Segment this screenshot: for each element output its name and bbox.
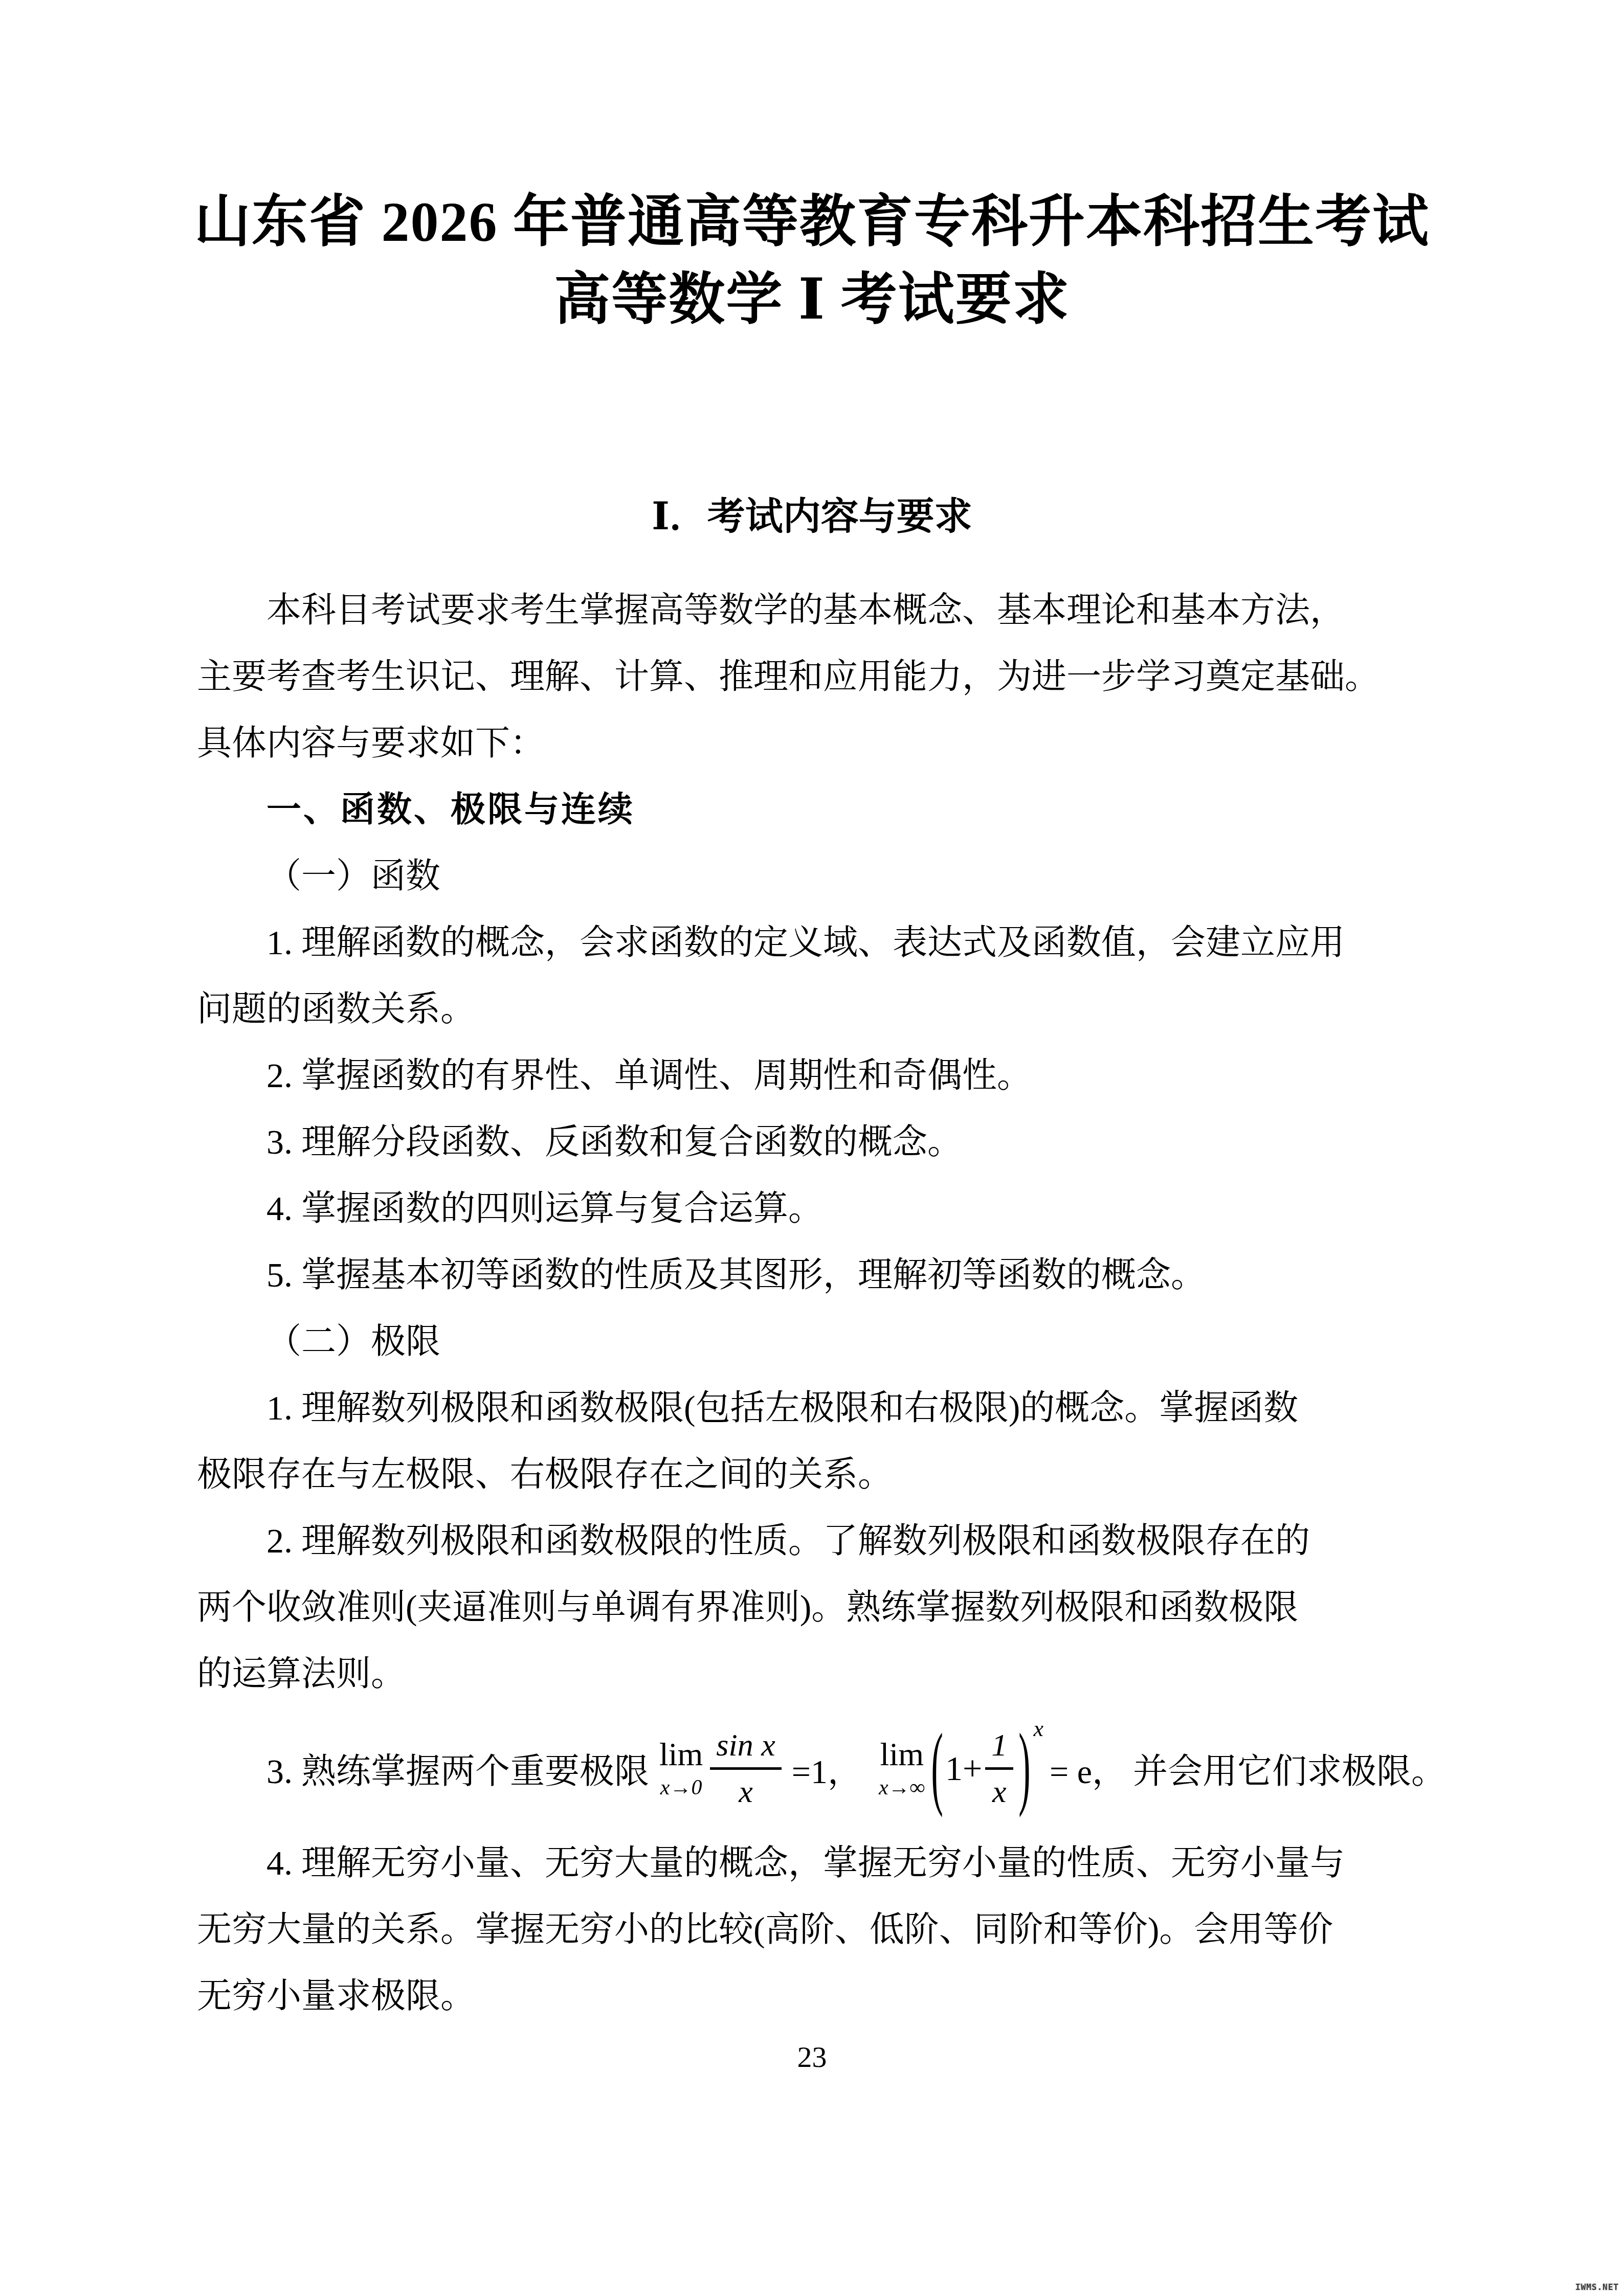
formula-prefix-text: 3. 熟练掌握两个重要极限 xyxy=(266,1744,649,1793)
section-heading-numeral: Ⅰ． xyxy=(652,496,707,538)
exponent-x: x xyxy=(1034,1716,1044,1742)
lim-symbol: lim xyxy=(659,1738,703,1771)
body-line: 4. 掌握函数的四则运算与复合运算。 xyxy=(197,1175,1455,1242)
body-line: （二）极限 xyxy=(197,1308,1455,1375)
body-line: 具体内容与要求如下： xyxy=(197,710,1455,776)
body-line: 本科目考试要求考生掌握高等数学的基本概念、基本理论和基本方法， xyxy=(197,577,1455,643)
page-number: 23 xyxy=(0,2041,1624,2073)
body-line: 极限存在与左极限、右极限存在之间的关系。 xyxy=(197,1441,1455,1507)
document-title-line1: 山东省 2026 年普通高等教育专科升本科招生考试 xyxy=(0,183,1624,261)
fraction-numerator: 1 xyxy=(985,1729,1013,1770)
body-line: 主要考查考生识记、理解、计算、推理和应用能力，为进一步学习奠定基础。 xyxy=(197,643,1455,710)
subsection-heading: 一、函数、极限与连续 xyxy=(197,776,1455,843)
body-line: 2. 理解数列极限和函数极限的性质。了解数列极限和函数极限存在的 xyxy=(197,1507,1455,1574)
formula-suffix-text: 并会用它们求极限。 xyxy=(1133,1744,1446,1793)
fraction-denominator: x xyxy=(992,1770,1007,1808)
body-text: 本科目考试要求考生掌握高等数学的基本概念、基本理论和基本方法， 主要考查考生识记… xyxy=(197,577,1455,2029)
body-line: 无穷小量求极限。 xyxy=(197,1963,1455,2029)
section-heading-title: 考试内容与要求 xyxy=(707,495,972,537)
lim-subscript: x→∞ xyxy=(879,1777,925,1798)
document-title-line2: 高等数学 Ⅰ 考试要求 xyxy=(0,261,1624,339)
body-line: 无穷大量的关系。掌握无穷小的比较(高阶、低阶、同阶和等价)。会用等价 xyxy=(197,1896,1455,1963)
lim-symbol: lim xyxy=(880,1738,924,1771)
body-line: 1. 理解数列极限和函数极限(包括左极限和右极限)的概念。掌握函数 xyxy=(197,1375,1455,1441)
document-title: 山东省 2026 年普通高等教育专科升本科招生考试 高等数学 Ⅰ 考试要求 xyxy=(0,183,1624,339)
open-paren: ( xyxy=(931,1722,943,1815)
document-page: 山东省 2026 年普通高等教育专科升本科招生考试 高等数学 Ⅰ 考试要求 Ⅰ．… xyxy=(0,0,1624,2296)
equals-one: =1， xyxy=(792,1744,861,1793)
body-line: 3. 理解分段函数、反函数和复合函数的概念。 xyxy=(197,1109,1455,1175)
fraction-numerator: sin x xyxy=(710,1729,781,1770)
fraction-one-over-x: 1 x xyxy=(985,1729,1013,1808)
formula-line: 3. 熟练掌握两个重要极限 lim x→0 sin x x =1， lim x→… xyxy=(197,1707,1455,1830)
binomial-expression: ( 1+ 1 x ) x xyxy=(929,1729,1043,1808)
close-paren: ) xyxy=(1018,1722,1030,1815)
body-line: （一）函数 xyxy=(197,843,1455,909)
body-line: 5. 掌握基本初等函数的性质及其图形，理解初等函数的概念。 xyxy=(197,1242,1455,1308)
lim-subscript: x→0 xyxy=(660,1777,702,1798)
limit-operator-1: lim x→0 xyxy=(659,1738,703,1798)
watermark: iwms.net xyxy=(1575,2282,1619,2292)
body-line: 4. 理解无穷小量、无穷大量的概念，掌握无穷小量的性质、无穷小量与 xyxy=(197,1830,1455,1896)
body-line: 的运算法则。 xyxy=(197,1640,1455,1707)
fraction-denominator: x xyxy=(739,1770,753,1808)
limit-operator-2: lim x→∞ xyxy=(879,1738,925,1798)
one-plus: 1+ xyxy=(945,1748,982,1789)
body-line: 问题的函数关系。 xyxy=(197,976,1455,1042)
equals-e: = e， xyxy=(1050,1744,1126,1793)
section-heading: Ⅰ．考试内容与要求 xyxy=(0,488,1624,545)
body-line: 两个收敛准则(夹逼准则与单调有界准则)。熟练掌握数列极限和函数极限 xyxy=(197,1574,1455,1640)
fraction-sinx-over-x: sin x x xyxy=(710,1729,781,1808)
body-line: 1. 理解函数的概念，会求函数的定义域、表达式及函数值，会建立应用 xyxy=(197,909,1455,976)
body-line: 2. 掌握函数的有界性、单调性、周期性和奇偶性。 xyxy=(197,1042,1455,1109)
